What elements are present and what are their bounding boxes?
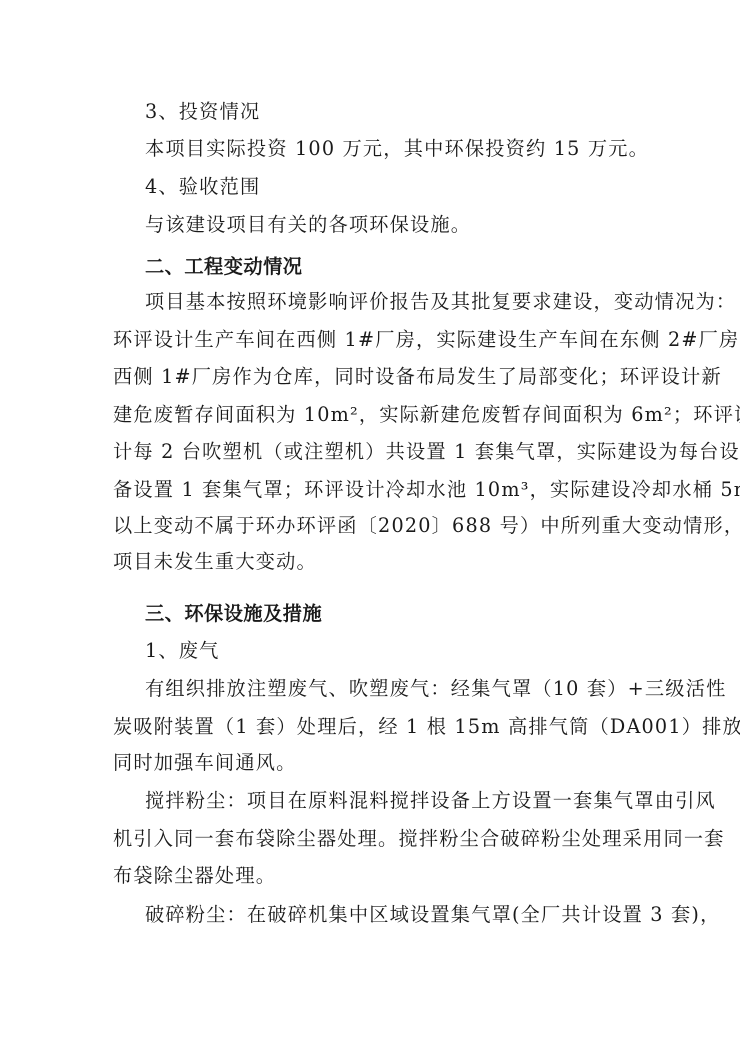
- paragraph-line: 搅拌粉尘：项目在原料混料搅拌设备上方设置一套集气罩由引风: [145, 789, 649, 813]
- paragraph-line: 西侧 1#厂房作为仓库，同时设备布局发生了局部变化；环评设计新: [113, 365, 649, 389]
- subheading-waste-gas: 1、废气: [145, 639, 649, 663]
- paragraph-line: 项目基本按照环境影响评价报告及其批复要求建设，变动情况为：: [145, 290, 649, 314]
- paragraph-line: 炭吸附装置（1 套）处理后，经 1 根 15m 高排气筒（DA001）排放。: [113, 715, 649, 739]
- paragraph-line: 建危废暂存间面积为 10m²，实际新建危废暂存间面积为 6m²；环评设: [113, 403, 649, 427]
- paragraph-line: 同时加强车间通风。: [113, 751, 649, 775]
- paragraph-line: 项目未发生重大变动。: [113, 550, 649, 574]
- paragraph-line: 机引入同一套布袋除尘器处理。搅拌粉尘合破碎粉尘处理采用同一套: [113, 827, 649, 851]
- paragraph-line: 破碎粉尘：在破碎机集中区域设置集气罩(全厂共计设置 3 套)，: [145, 903, 649, 927]
- paragraph-line: 环评设计生产车间在西侧 1#厂房，实际建设生产车间在东侧 2#厂房，: [113, 328, 649, 352]
- investment-text: 本项目实际投资 100 万元，其中环保投资约 15 万元。: [145, 137, 649, 161]
- paragraph-line: 备设置 1 套集气罩；环评设计冷却水池 10m³，实际建设冷却水桶 5m³。: [113, 478, 649, 502]
- section-title-investment: 3、投资情况: [145, 100, 649, 124]
- paragraph-line: 有组织排放注塑废气、吹塑废气：经集气罩（10 套）+三级活性: [145, 677, 649, 701]
- paragraph-line: 以上变动不属于环办环评函〔2020〕688 号）中所列重大变动情形，: [113, 514, 649, 538]
- acceptance-scope-text: 与该建设项目有关的各项环保设施。: [145, 213, 649, 237]
- paragraph-line: 布袋除尘器处理。: [113, 864, 649, 888]
- heading-env-facilities: 三、环保设施及措施: [145, 602, 649, 626]
- heading-engineering-changes: 二、工程变动情况: [145, 255, 649, 279]
- paragraph-line: 计每 2 台吹塑机（或注塑机）共设置 1 套集气罩，实际建设为每台设: [113, 440, 649, 464]
- section-title-acceptance-scope: 4、验收范围: [145, 175, 649, 199]
- document-page: 3、投资情况 本项目实际投资 100 万元，其中环保投资约 15 万元。 4、验…: [0, 0, 740, 1046]
